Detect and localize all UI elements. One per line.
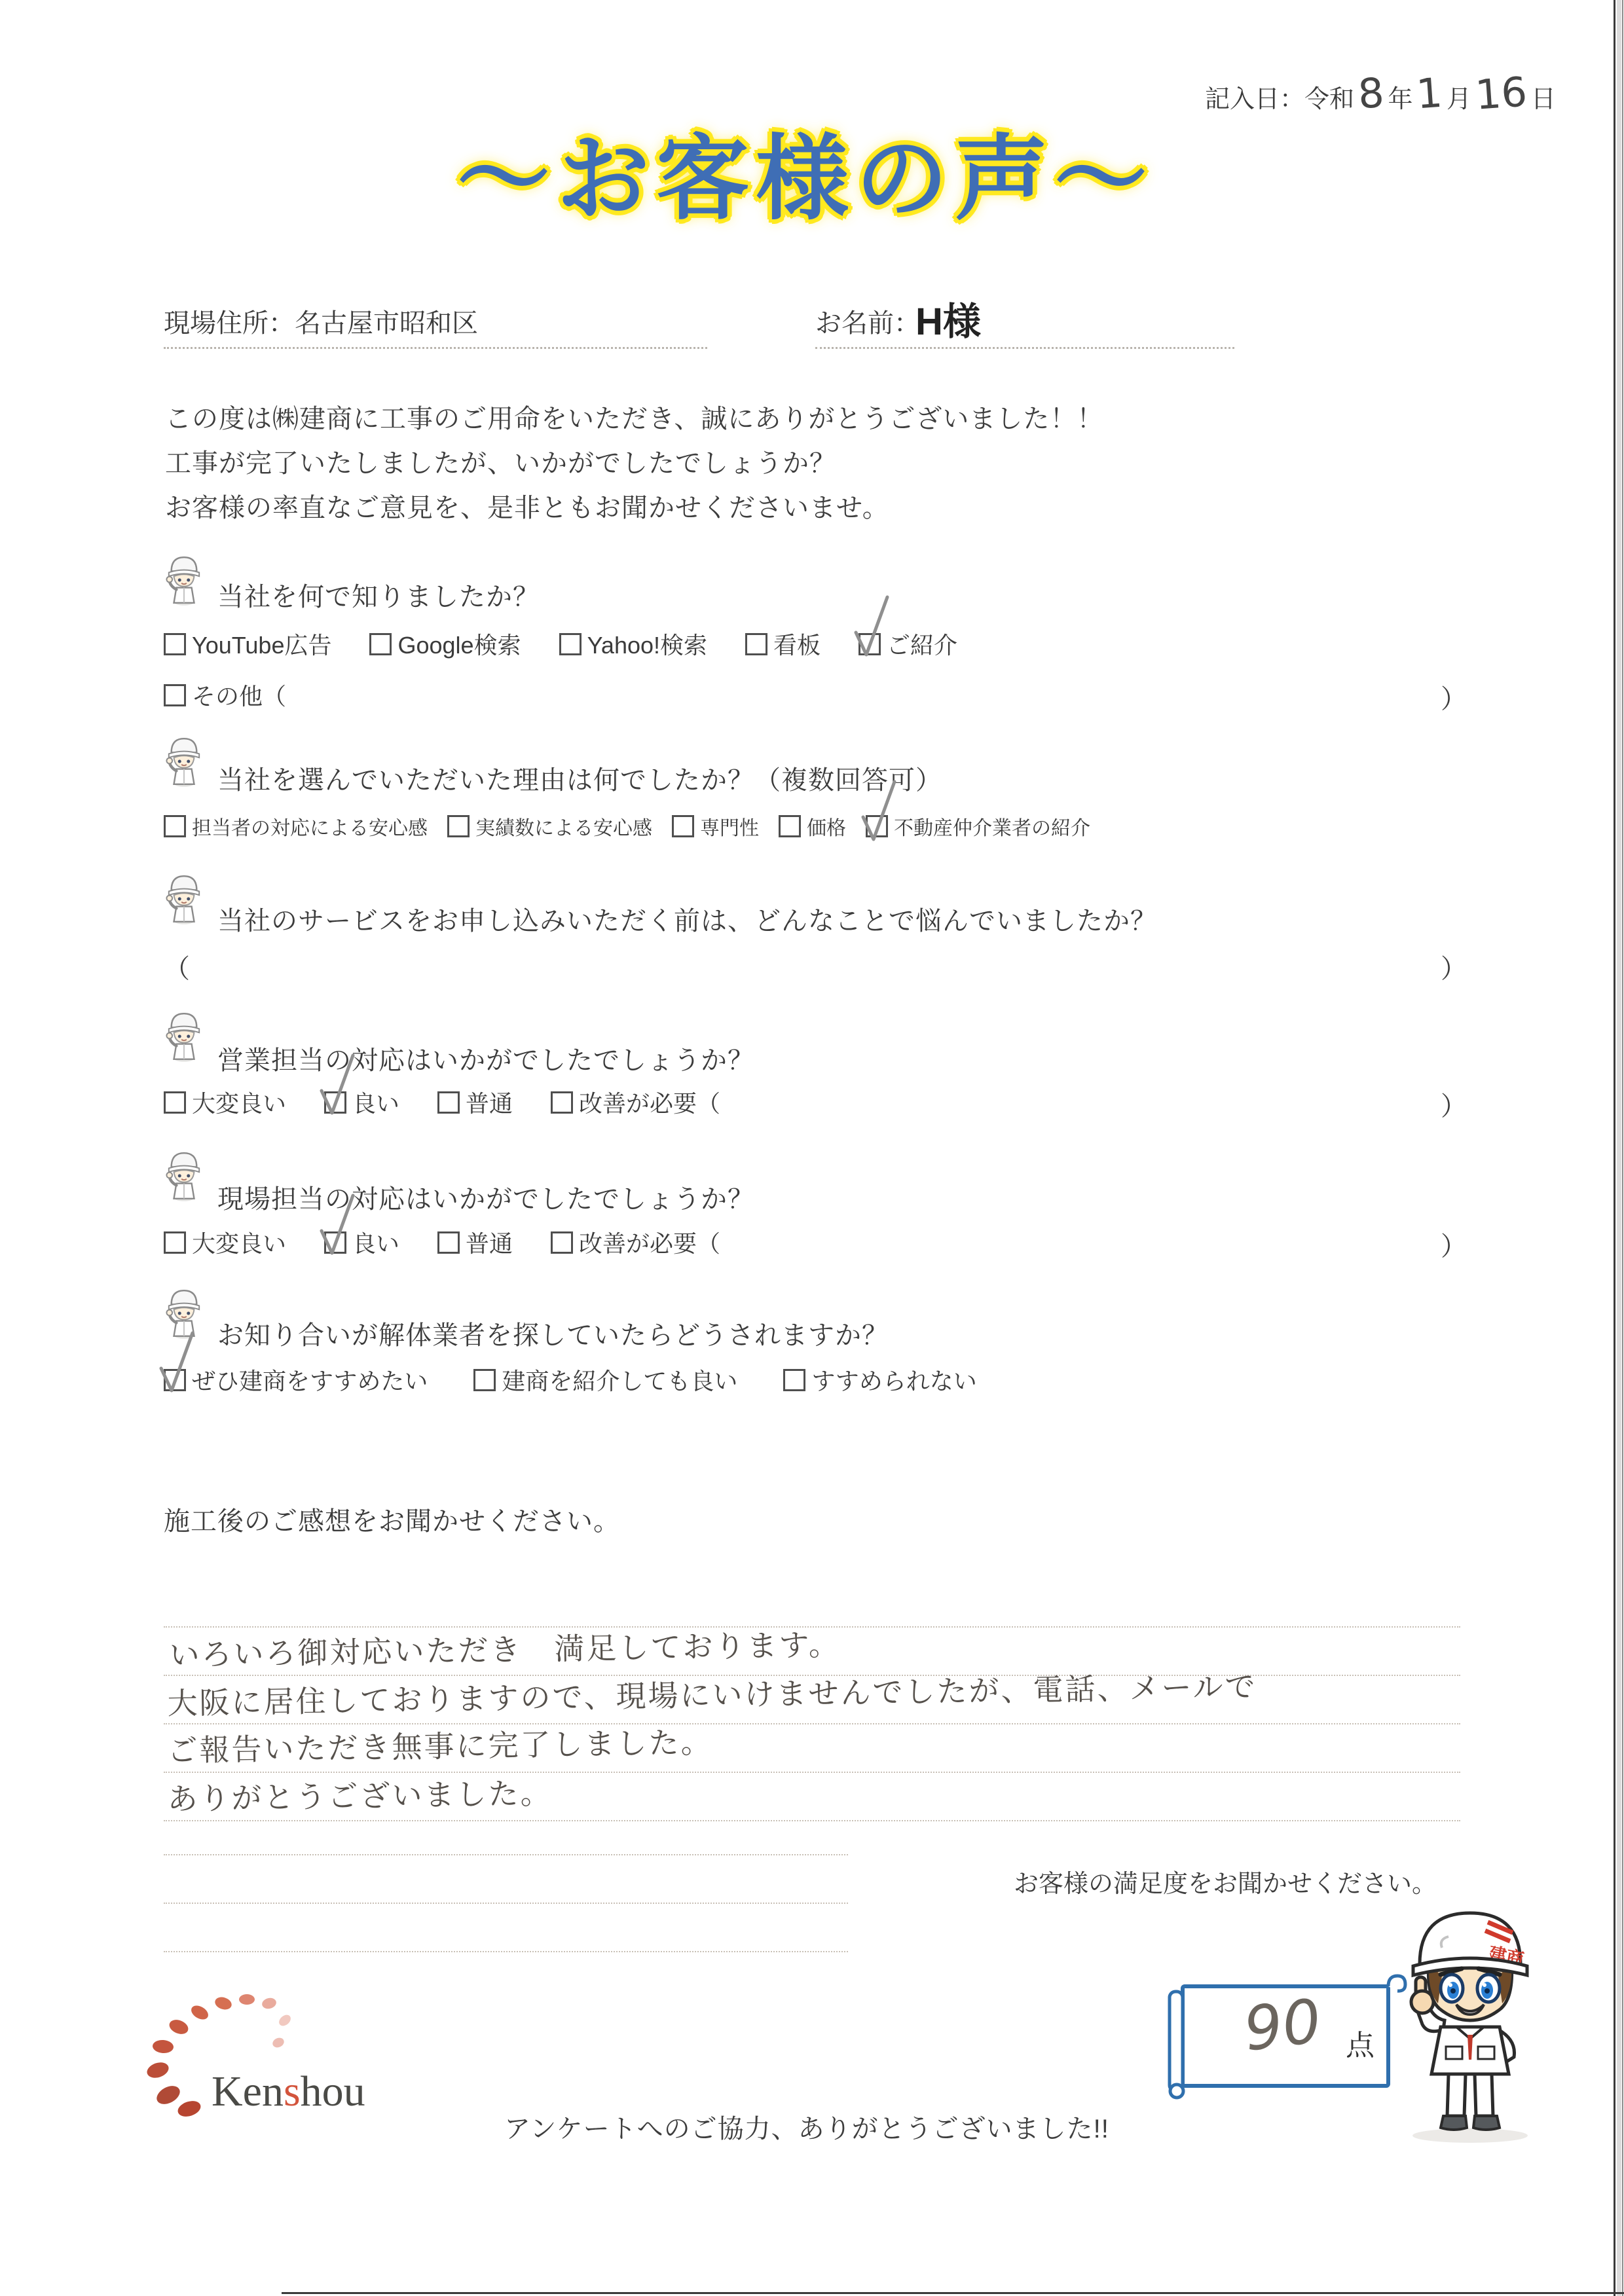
handwritten-feedback-line-4: ありがとうございました。 xyxy=(167,1770,553,1819)
scan-edge-band xyxy=(1617,0,1621,2296)
mascot-icon xyxy=(165,735,203,788)
checkbox-site-good[interactable] xyxy=(324,1231,346,1254)
question-1-options: YouTube広告 Google検索 Yahoo!検索 看板 ご紹介 xyxy=(164,627,957,661)
mascot-icon xyxy=(165,1286,203,1340)
mascot-icon xyxy=(165,872,203,926)
option-referral[interactable]: ご紹介 xyxy=(858,627,957,661)
site-address-label: 現場住所： xyxy=(164,309,295,338)
option-staff-response[interactable]: 担当者の対応による安心感 xyxy=(164,812,428,841)
mascot-icon xyxy=(165,1010,203,1063)
option-google-search[interactable]: Google検索 xyxy=(369,627,521,661)
option-sales-good[interactable]: 良い xyxy=(324,1085,399,1119)
checkbox-sales-good[interactable] xyxy=(324,1091,346,1114)
option-sales-excellent[interactable]: 大変良い xyxy=(164,1085,286,1119)
feedback-prompt: 施工後のご感想をお聞かせください。 xyxy=(164,1501,620,1538)
writing-line xyxy=(164,1903,848,1904)
question-4-options: 大変良い 良い 普通 改善が必要（ xyxy=(164,1085,720,1119)
option-site-needs-improvement[interactable]: 改善が必要（ xyxy=(551,1226,720,1259)
thanks-message: アンケートへのご協力、ありがとうございました!! xyxy=(504,2108,1109,2145)
date-day-unit: 日 xyxy=(1531,79,1556,115)
kenshou-logo xyxy=(121,1989,383,2133)
option-other[interactable]: その他（ xyxy=(164,678,286,712)
option-yahoo-search[interactable]: Yahoo!検索 xyxy=(559,627,707,661)
question-6-options: ぜひ建商をすすめたい 建商を紹介しても良い すすめられない xyxy=(164,1363,977,1396)
intro-line-2: 工事が完了いたしましたが、いかがでしたでしょうか？ xyxy=(165,441,1103,486)
customer-name-underline xyxy=(815,347,1234,349)
checkbox-site-excellent[interactable] xyxy=(164,1231,186,1254)
checkbox-track-record[interactable] xyxy=(447,815,470,837)
checkbox-sales-average[interactable] xyxy=(437,1091,460,1114)
intro-line-1: この度は㈱建商に工事のご用命をいただき、誠にありがとうございました！！ xyxy=(165,397,1103,441)
intro-paragraph: この度は㈱建商に工事のご用命をいただき、誠にありがとうございました！！ 工事が完… xyxy=(165,397,1103,530)
option-may-introduce[interactable]: 建商を紹介しても良い xyxy=(473,1363,737,1396)
option-site-good[interactable]: 良い xyxy=(324,1226,399,1259)
date-label: 記入日：令和 xyxy=(1205,79,1354,115)
option-signboard[interactable]: 看板 xyxy=(745,627,821,661)
site-address-underline xyxy=(164,347,707,349)
answer-close-paren: ） xyxy=(1441,948,1467,985)
handwritten-score-value: 90 xyxy=(1240,1986,1325,2064)
date-year-value: 8 xyxy=(1357,73,1386,115)
date-month-unit: 月 xyxy=(1447,79,1471,115)
option-cannot-recommend[interactable]: すすめられない xyxy=(783,1363,976,1396)
other-close-paren: ） xyxy=(1441,678,1467,716)
question-3-label: 当社のサービスをお申し込みいただく前は、どんなことで悩んでいましたか？ xyxy=(217,900,1157,938)
date-year-unit: 年 xyxy=(1388,79,1412,115)
option-site-average[interactable]: 普通 xyxy=(437,1226,513,1259)
question-1-label: 当社を何で知りましたか？ xyxy=(217,576,540,613)
site-address-value: 名古屋市昭和区 xyxy=(295,309,478,338)
checkbox-yahoo-search[interactable] xyxy=(559,633,581,655)
option-price[interactable]: 価格 xyxy=(779,812,846,841)
checkbox-cannot-recommend[interactable] xyxy=(783,1369,805,1391)
checkbox-site-average[interactable] xyxy=(437,1231,460,1254)
mascot-icon xyxy=(165,1149,203,1203)
question-2-label: 当社を選んでいただいた理由は何でしたか？（複数回答可） xyxy=(217,759,942,797)
option-sales-average[interactable]: 普通 xyxy=(437,1085,513,1119)
writing-line xyxy=(164,1854,848,1855)
intro-line-3: お客様の率直なご意見を、是非ともお聞かせくださいませ。 xyxy=(165,486,1103,530)
score-unit-label: 点 xyxy=(1346,2022,1375,2064)
scanned-form-page: 建商 xyxy=(0,0,1624,2296)
checkbox-may-introduce[interactable] xyxy=(473,1369,496,1391)
scan-edge-line xyxy=(1614,0,1615,2296)
option-track-record[interactable]: 実績数による安心感 xyxy=(447,812,652,841)
checkbox-referral[interactable] xyxy=(858,633,881,655)
sales-close-paren: ） xyxy=(1441,1085,1467,1123)
satisfaction-prompt: お客様の満足度をお聞かせください。 xyxy=(1014,1863,1437,1899)
option-youtube-ad[interactable]: YouTube広告 xyxy=(164,627,331,661)
question-5-options: 大変良い 良い 普通 改善が必要（ xyxy=(164,1226,720,1259)
checkbox-staff-response[interactable] xyxy=(164,815,186,837)
date-month-value: 1 xyxy=(1415,73,1444,115)
company-mascot-illustration xyxy=(1388,1899,1552,2147)
checkbox-google-search[interactable] xyxy=(369,633,392,655)
question-5-label: 現場担当の対応はいかがでしたでしょうか？ xyxy=(217,1178,754,1216)
option-recommend[interactable]: ぜひ建商をすすめたい xyxy=(164,1363,428,1396)
question-1-other-row: その他（ xyxy=(164,678,286,712)
entry-date: 記入日：令和 8 年 1 月 16 日 xyxy=(1205,73,1556,115)
scan-edge-line xyxy=(1622,0,1623,2296)
handwritten-feedback-line-1: いろいろ御対応いただき 満足しております。 xyxy=(169,1621,841,1675)
checkbox-realtor-referral[interactable] xyxy=(866,815,888,837)
checkbox-sales-needs-improvement[interactable] xyxy=(551,1091,573,1114)
checkbox-recommend[interactable] xyxy=(164,1369,186,1391)
checkbox-signboard[interactable] xyxy=(745,633,767,655)
customer-name-label: お名前： xyxy=(815,302,920,340)
checkbox-price[interactable] xyxy=(779,815,801,837)
page-title: ～お客様の声～ xyxy=(377,122,1234,237)
checkbox-site-needs-improvement[interactable] xyxy=(551,1231,573,1254)
handwritten-feedback-line-3: ご報告いただき無事に完了しました。 xyxy=(167,1719,713,1770)
site-address-field: 現場住所：名古屋市昭和区 xyxy=(164,302,478,340)
checkbox-youtube-ad[interactable] xyxy=(164,633,186,655)
date-day-value: 16 xyxy=(1474,71,1528,115)
option-sales-needs-improvement[interactable]: 改善が必要（ xyxy=(551,1085,720,1119)
answer-open-paren: （ xyxy=(164,948,190,985)
writing-line xyxy=(164,1951,848,1952)
mascot-icon xyxy=(165,553,203,607)
writing-line xyxy=(164,1820,1460,1821)
question-2-options: 担当者の対応による安心感 実績数による安心感 専門性 価格 不動産仲介業者の紹介 xyxy=(164,812,1090,841)
checkbox-expertise[interactable] xyxy=(672,815,694,837)
customer-name-value: H様 xyxy=(915,291,981,346)
option-realtor-referral[interactable]: 不動産仲介業者の紹介 xyxy=(866,812,1090,841)
option-expertise[interactable]: 専門性 xyxy=(672,812,759,841)
question-6-label: お知り合いが解体業者を探していたらどうされますか？ xyxy=(217,1315,889,1352)
checkbox-other[interactable] xyxy=(164,684,186,706)
option-site-excellent[interactable]: 大変良い xyxy=(164,1226,286,1259)
site-close-paren: ） xyxy=(1441,1226,1467,1263)
scan-bottom-line xyxy=(282,2292,1624,2294)
question-4-label: 営業担当の対応はいかがでしたでしょうか？ xyxy=(217,1040,754,1077)
checkbox-sales-excellent[interactable] xyxy=(164,1091,186,1114)
